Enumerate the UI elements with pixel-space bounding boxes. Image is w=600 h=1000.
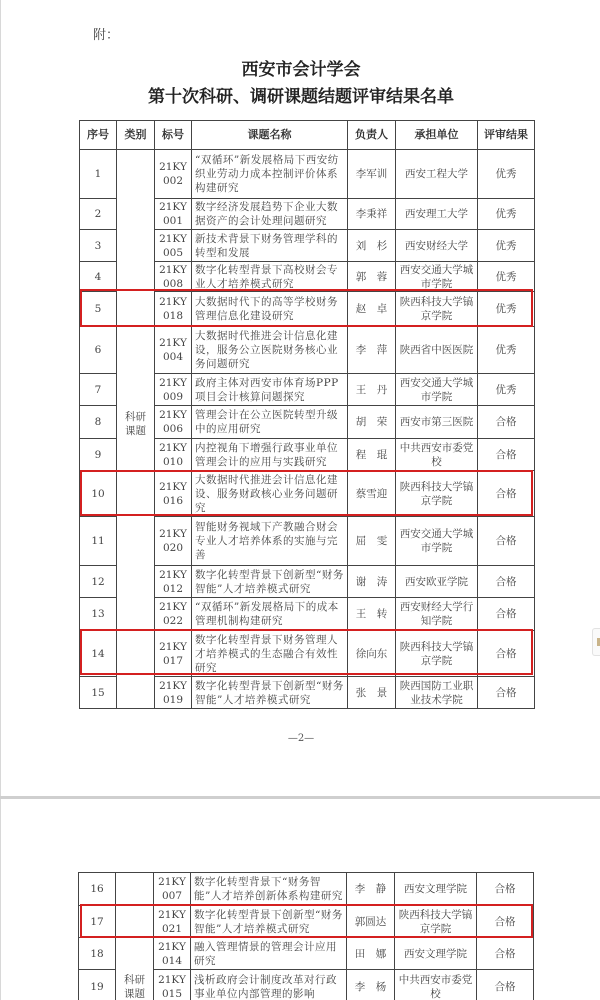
row-code: 21KY 005 [155, 230, 192, 262]
row-leader: 张 景 [348, 677, 396, 709]
row-code: 21KY 007 [154, 873, 191, 906]
row-result: 合格 [478, 598, 535, 631]
row-no: 16 [79, 873, 116, 906]
row-result: 优秀 [478, 230, 535, 262]
row-title: 浅析政府会计制度改革对行政事业单位内部管理的影响 [191, 970, 347, 1000]
row-unit: 西安财经大学行知学院 [396, 598, 478, 631]
row-title: 新技术背景下财务管理学科的转型和发展 [192, 230, 348, 262]
row-no: 19 [79, 970, 116, 1000]
row-leader: 郭 蓉 [348, 262, 396, 292]
row-result: 优秀 [478, 292, 535, 327]
row-code: 21KY 016 [155, 471, 192, 517]
row-title: “双循环”新发展格局下的成本管理机制构建研究 [192, 598, 348, 631]
header-no: 序号 [80, 121, 117, 150]
header-code: 标号 [155, 121, 192, 150]
row-no: 2 [80, 199, 117, 230]
table-row: 16科研课题21KY 007数字化转型背景下“财务智能”人才培养创新体系构建研究… [79, 873, 534, 906]
table-row: 1科研课题21KY 002“双循环”新发展格局下西安纺织业劳动力成本控制评价体系… [80, 150, 535, 199]
row-leader: 胡 荣 [348, 406, 396, 439]
row-no: 13 [80, 598, 117, 631]
row-no: 1 [80, 150, 117, 199]
row-unit: 陕西科技大学镐京学院 [396, 471, 478, 517]
row-code: 21KY 020 [155, 517, 192, 566]
row-unit: 陕西国防工业职业技术学院 [396, 677, 478, 709]
row-code: 21KY 009 [155, 374, 192, 406]
document-title-main: 第十次科研、调研课题结题评审结果名单 [1, 82, 600, 107]
row-no: 4 [80, 262, 117, 292]
row-leader: 李秉祥 [348, 199, 396, 230]
row-title: 数字化转型背景下财务管理人才培养模式的生态融合有效性研究 [192, 631, 348, 677]
row-result: 合格 [477, 970, 534, 1000]
row-result: 合格 [478, 631, 535, 677]
row-unit: 陕西科技大学镐京学院 [396, 631, 478, 677]
row-no: 8 [80, 406, 117, 439]
row-leader: 屈 雯 [348, 517, 396, 566]
row-leader: 蔡雪迎 [348, 471, 396, 517]
row-unit: 陕西省中医医院 [396, 327, 478, 374]
row-category: 科研课题 [116, 873, 154, 1000]
document-title-org: 西安市会计学会 [1, 55, 600, 80]
row-no: 12 [80, 566, 117, 598]
row-no: 17 [79, 906, 116, 938]
row-title: 数字经济发展趋势下企业大数据资产的会计处理问题研究 [192, 199, 348, 230]
row-leader: 李 萍 [348, 327, 396, 374]
header-category: 类别 [117, 121, 155, 150]
row-result: 合格 [478, 517, 535, 566]
row-result: 合格 [478, 471, 535, 517]
row-no: 11 [80, 517, 117, 566]
row-unit: 西安欧亚学院 [396, 566, 478, 598]
row-no: 18 [79, 938, 116, 970]
row-title: 内控视角下增强行政事业单位管理会计的应用与实践研究 [192, 439, 348, 471]
row-code: 21KY 022 [155, 598, 192, 631]
row-code: 21KY 014 [154, 938, 191, 970]
row-title: 数字化转型背景下创新型“财务智能”人才培养模式研究 [192, 566, 348, 598]
row-leader: 李军训 [348, 150, 396, 199]
row-leader: 谢 涛 [348, 566, 396, 598]
header-title: 课题名称 [192, 121, 348, 150]
row-result: 合格 [477, 873, 534, 906]
results-table-page1: 序号 类别 标号 课题名称 负责人 承担单位 评审结果 1科研课题21KY 00… [79, 120, 535, 709]
table-header-row: 序号 类别 标号 课题名称 负责人 承担单位 评审结果 [80, 121, 535, 150]
row-leader: 王 丹 [348, 374, 396, 406]
row-unit: 西安市第三医院 [396, 406, 478, 439]
row-title: 数字化转型背景下“财务智能”人才培养创新体系构建研究 [191, 873, 347, 906]
row-title: 政府主体对西安市体育场PPP项目会计核算问题探究 [192, 374, 348, 406]
row-code: 21KY 004 [155, 327, 192, 374]
row-title: 数字化转型背景下高校财会专业人才培养模式研究 [192, 262, 348, 292]
row-leader: 徐向东 [348, 631, 396, 677]
row-result: 优秀 [478, 262, 535, 292]
row-unit: 陕西科技大学镐京学院 [395, 906, 477, 938]
row-title: 融入管理情景的管理会计应用研究 [191, 938, 347, 970]
header-unit: 承担单位 [396, 121, 478, 150]
row-code: 21KY 001 [155, 199, 192, 230]
header-result: 评审结果 [478, 121, 535, 150]
row-unit: 西安财经大学 [396, 230, 478, 262]
row-title: 大数据时代推进会计信息化建设、服务财政核心业务问题研究 [192, 471, 348, 517]
document-page-2: 附： 西安市会计学会 第十次科研、调研课题结题评审结果名单 序号 类别 标号 课… [0, 0, 600, 796]
row-code: 21KY 012 [155, 566, 192, 598]
row-code: 21KY 010 [155, 439, 192, 471]
row-no: 7 [80, 374, 117, 406]
row-result: 优秀 [478, 374, 535, 406]
row-result: 合格 [477, 938, 534, 970]
row-result: 优秀 [478, 199, 535, 230]
row-result: 合格 [478, 566, 535, 598]
row-unit: 西安交通大学城市学院 [396, 374, 478, 406]
row-title: “双循环”新发展格局下西安纺织业劳动力成本控制评价体系构建研究 [192, 150, 348, 199]
row-leader: 田 娜 [347, 938, 395, 970]
row-leader: 刘 杉 [348, 230, 396, 262]
row-no: 15 [80, 677, 117, 709]
row-code: 21KY 021 [154, 906, 191, 938]
row-leader: 王 转 [348, 598, 396, 631]
row-code: 21KY 002 [155, 150, 192, 199]
row-result: 合格 [477, 906, 534, 938]
row-result: 合格 [478, 439, 535, 471]
row-unit: 西安文理学院 [395, 938, 477, 970]
row-title: 数字化转型背景下创新型“财务智能”人才培养模式研究 [191, 906, 347, 938]
row-unit: 中共西安市委党校 [395, 970, 477, 1000]
category-label: 科研课题 [125, 150, 147, 438]
row-code: 21KY 018 [155, 292, 192, 327]
row-no: 9 [80, 439, 117, 471]
side-panel-tab[interactable] [592, 628, 600, 656]
row-no: 6 [80, 327, 117, 374]
row-unit: 西安文理学院 [395, 873, 477, 906]
row-title: 智能财务视域下产教融合财会专业人才培养体系的实施与完善 [192, 517, 348, 566]
category-label: 科研课题 [124, 873, 146, 1000]
row-title: 数字化转型背景下创新型“财务智能”人才培养模式研究 [192, 677, 348, 709]
row-no: 5 [80, 292, 117, 327]
row-leader: 程 琨 [348, 439, 396, 471]
row-unit: 西安交通大学城市学院 [396, 262, 478, 292]
row-category: 科研课题 [117, 150, 155, 709]
row-code: 21KY 008 [155, 262, 192, 292]
row-code: 21KY 017 [155, 631, 192, 677]
row-code: 21KY 019 [155, 677, 192, 709]
row-title: 管理会计在公立医院转型升级中的应用研究 [192, 406, 348, 439]
attachment-label: 附： [93, 24, 119, 43]
page-number: —2— [1, 733, 600, 744]
row-leader: 郭圆达 [347, 906, 395, 938]
row-unit: 陕西科技大学镐京学院 [396, 292, 478, 327]
header-leader: 负责人 [348, 121, 396, 150]
row-title: 大数据时代推进会计信息化建设，服务公立医院财务核心业务问题研究 [192, 327, 348, 374]
results-table-page2: 16科研课题21KY 007数字化转型背景下“财务智能”人才培养创新体系构建研究… [78, 872, 534, 1000]
row-code: 21KY 006 [155, 406, 192, 439]
row-unit: 西安工程大学 [396, 150, 478, 199]
row-result: 优秀 [478, 150, 535, 199]
row-code: 21KY 015 [154, 970, 191, 1000]
row-leader: 赵 卓 [348, 292, 396, 327]
row-no: 14 [80, 631, 117, 677]
row-result: 合格 [478, 677, 535, 709]
row-result: 优秀 [478, 327, 535, 374]
row-leader: 李 杨 [347, 970, 395, 1000]
row-unit: 西安交通大学城市学院 [396, 517, 478, 566]
row-unit: 中共西安市委党校 [396, 439, 478, 471]
row-no: 10 [80, 471, 117, 517]
row-title: 大数据时代下的高等学校财务管理信息化建设研究 [192, 292, 348, 327]
row-result: 合格 [478, 406, 535, 439]
row-leader: 李 静 [347, 873, 395, 906]
row-no: 3 [80, 230, 117, 262]
row-unit: 西安理工大学 [396, 199, 478, 230]
